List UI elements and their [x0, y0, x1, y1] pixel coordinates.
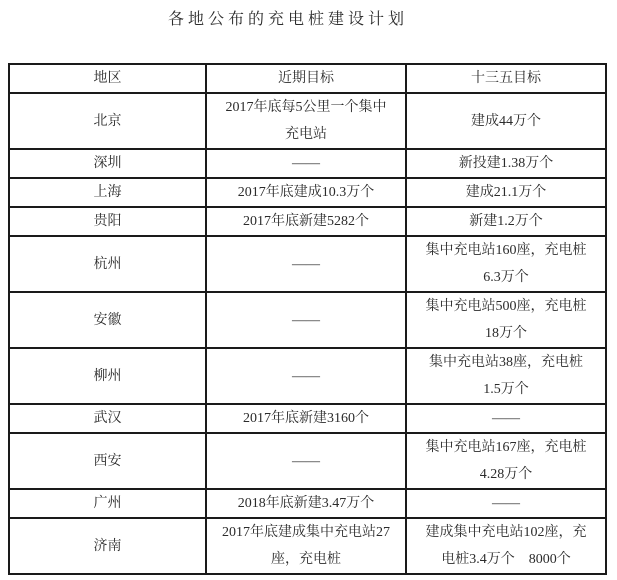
- table-row-xian: 西安 —— 集中充电站167座，充电桩 4.28万个: [9, 433, 606, 489]
- region-cell: 柳州: [9, 348, 206, 404]
- table-row-hangzhou: 杭州 —— 集中充电站160座，充电桩 6.3万个: [9, 236, 606, 292]
- near-term-cell: ——: [206, 236, 406, 292]
- region-cell: 济南: [9, 518, 206, 574]
- table-row-beijing: 北京 2017年底每5公里一个集中 充电站 建成44万个: [9, 93, 606, 149]
- table-row-anhui: 安徽 —— 集中充电站500座，充电桩 18万个: [9, 292, 606, 348]
- region-cell: 北京: [9, 93, 206, 149]
- near-term-cell: 2017年底建成10.3万个: [206, 178, 406, 207]
- five-year-cell: 集中充电站500座，充电桩 18万个: [406, 292, 606, 348]
- five-year-cell: 集中充电站160座，充电桩 6.3万个: [406, 236, 606, 292]
- page: 各地公布的充电桩建设计划 地区 近期目标 十三五目标 北京 2017年底每5公里…: [0, 0, 617, 580]
- five-year-cell: 建成44万个: [406, 93, 606, 149]
- region-cell: 深圳: [9, 149, 206, 178]
- table-row-liuzhou: 柳州 —— 集中充电站38座，充电桩 1.5万个: [9, 348, 606, 404]
- header-five-year-goal: 十三五目标: [406, 64, 606, 93]
- five-year-cell: 建成21.1万个: [406, 178, 606, 207]
- region-cell: 安徽: [9, 292, 206, 348]
- table-row-wuhan: 武汉 2017年底新建3160个 ——: [9, 404, 606, 433]
- near-term-cell: ——: [206, 292, 406, 348]
- region-cell: 广州: [9, 489, 206, 518]
- near-term-cell: ——: [206, 149, 406, 178]
- five-year-cell: 新建1.2万个: [406, 207, 606, 236]
- table-row-guiyang: 贵阳 2017年底新建5282个 新建1.2万个: [9, 207, 606, 236]
- region-cell: 贵阳: [9, 207, 206, 236]
- table-row-shenzhen: 深圳 —— 新投建1.38万个: [9, 149, 606, 178]
- near-term-cell: 2018年底新建3.47万个: [206, 489, 406, 518]
- near-term-cell: 2017年底新建5282个: [206, 207, 406, 236]
- table-row-guangzhou: 广州 2018年底新建3.47万个 ——: [9, 489, 606, 518]
- five-year-cell: 新投建1.38万个: [406, 149, 606, 178]
- table-header-row: 地区 近期目标 十三五目标: [9, 64, 606, 93]
- header-near-term-goal: 近期目标: [206, 64, 406, 93]
- table-row-jinan: 济南 2017年底建成集中充电站27 座，充电桩 建成集中充电站102座，充 电…: [9, 518, 606, 574]
- five-year-cell: ——: [406, 404, 606, 433]
- page-title: 各地公布的充电桩建设计划: [0, 11, 576, 29]
- five-year-cell: 集中充电站167座，充电桩 4.28万个: [406, 433, 606, 489]
- header-region: 地区: [9, 64, 206, 93]
- near-term-cell: ——: [206, 348, 406, 404]
- five-year-cell: ——: [406, 489, 606, 518]
- near-term-cell: 2017年底建成集中充电站27 座，充电桩: [206, 518, 406, 574]
- five-year-cell: 集中充电站38座，充电桩 1.5万个: [406, 348, 606, 404]
- region-cell: 杭州: [9, 236, 206, 292]
- region-cell: 武汉: [9, 404, 206, 433]
- region-cell: 西安: [9, 433, 206, 489]
- table-row-shanghai: 上海 2017年底建成10.3万个 建成21.1万个: [9, 178, 606, 207]
- charging-plan-table: 地区 近期目标 十三五目标 北京 2017年底每5公里一个集中 充电站 建成44…: [8, 63, 607, 575]
- near-term-cell: ——: [206, 433, 406, 489]
- near-term-cell: 2017年底新建3160个: [206, 404, 406, 433]
- five-year-cell: 建成集中充电站102座，充 电桩3.4万个 8000个: [406, 518, 606, 574]
- near-term-cell: 2017年底每5公里一个集中 充电站: [206, 93, 406, 149]
- region-cell: 上海: [9, 178, 206, 207]
